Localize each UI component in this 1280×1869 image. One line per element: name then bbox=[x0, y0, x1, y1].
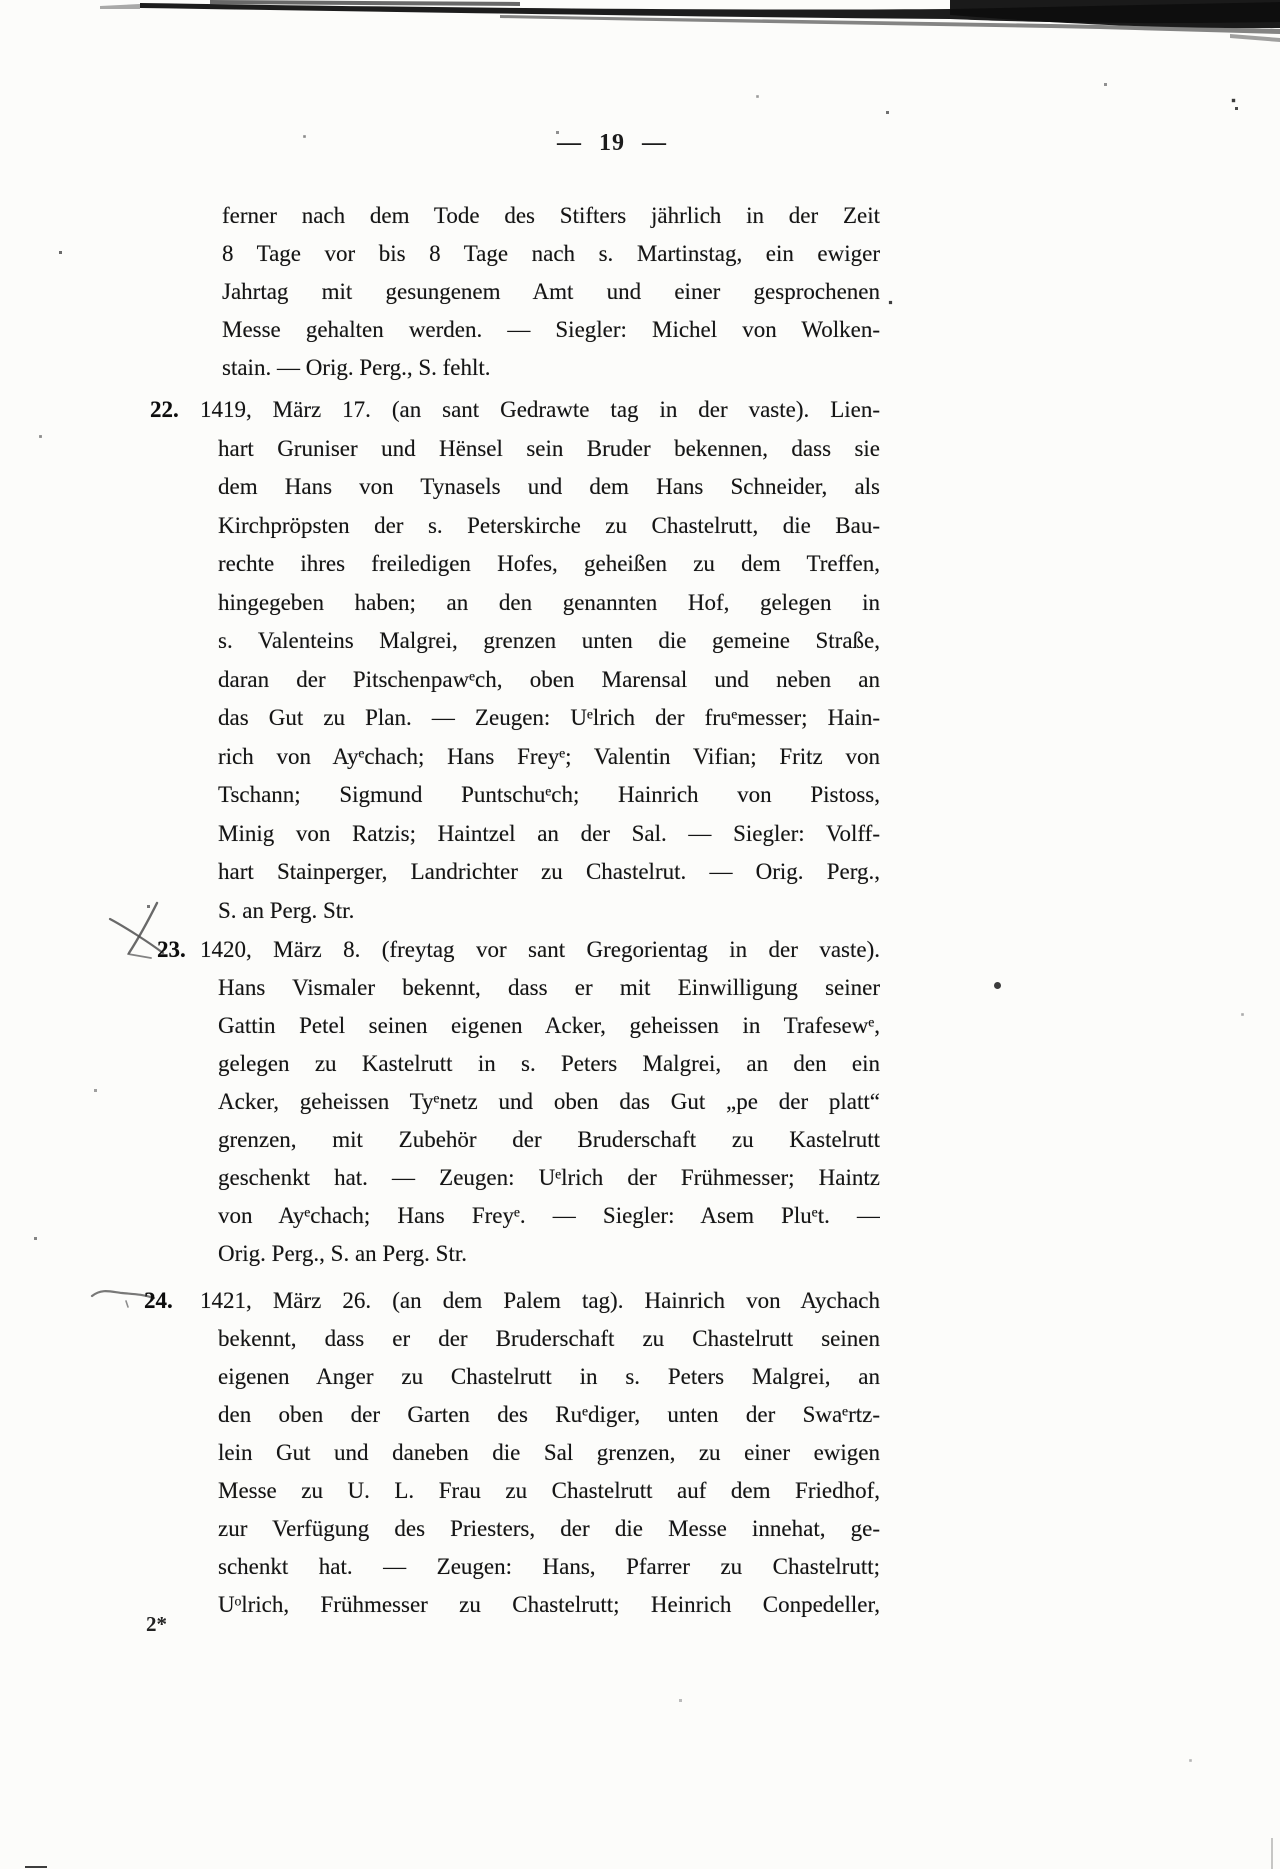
text-line: daran der Pitschenpawᵉch, oben Marensal … bbox=[218, 661, 880, 700]
scan-edge-band-drawing bbox=[0, 0, 1280, 60]
text-line: Uᵒlrich, Frühmesser zu Chastelrutt; Hein… bbox=[218, 1586, 880, 1624]
text-line: bekennt, dass er der Bruderschaft zu Cha… bbox=[218, 1320, 880, 1358]
text-line: 1420, März 8. (freytag vor sant Gregorie… bbox=[200, 931, 880, 969]
text-line: schenkt hat. — Zeugen: Hans, Pfarrer zu … bbox=[218, 1548, 880, 1586]
text-line: von Ayᵉchach; Hans Freyᵉ. — Siegler: Ase… bbox=[218, 1197, 880, 1235]
text-line: dem Hans von Tynasels und dem Hans Schne… bbox=[218, 468, 880, 507]
text-line: hart Gruniser und Hënsel sein Bruder bek… bbox=[218, 430, 880, 469]
page-number: — 19 — bbox=[472, 130, 752, 162]
sheet-signature-mark: 2* bbox=[146, 1612, 167, 1636]
text-line: s. Valenteins Malgrei, grenzen unten die… bbox=[218, 622, 880, 661]
scan-specks bbox=[0, 0, 1, 1]
text-line: stain. — Orig. Perg., S. fehlt. bbox=[222, 349, 880, 387]
scan-right-edge-line bbox=[1271, 1838, 1273, 1869]
text-line: geschenkt hat. — Zeugen: Uᵉlrich der Frü… bbox=[218, 1159, 880, 1197]
entry-number-22: 22. bbox=[150, 391, 179, 430]
text-line: rechte ihres freiledigen Hofes, geheißen… bbox=[218, 545, 880, 584]
text-line: das Gut zu Plan. — Zeugen: Uᵉlrich der f… bbox=[218, 699, 880, 738]
text-line: Acker, geheissen Tyᵉnetz und oben das Gu… bbox=[218, 1083, 880, 1121]
text-line: eigenen Anger zu Chastelrutt in s. Peter… bbox=[218, 1358, 880, 1396]
text-line: hart Stainperger, Landrichter zu Chastel… bbox=[218, 853, 880, 892]
entry-24: 1421, März 26. (an dem Palem tag). Hainr… bbox=[218, 1282, 880, 1624]
ink-dot bbox=[994, 982, 1001, 989]
entry-22: 1419, März 17. (an sant Gedrawte tag in … bbox=[218, 391, 880, 930]
text-line: Kirchpröpsten der s. Peterskirche zu Cha… bbox=[218, 507, 880, 546]
text-line: grenzen, mit Zubehör der Bruderschaft zu… bbox=[218, 1121, 880, 1159]
text-line: lein Gut und daneben die Sal grenzen, zu… bbox=[218, 1434, 880, 1472]
text-line: 1419, März 17. (an sant Gedrawte tag in … bbox=[200, 391, 880, 430]
text-line: Gattin Petel seinen eigenen Acker, gehei… bbox=[218, 1007, 880, 1045]
entry-23: 1420, März 8. (freytag vor sant Gregorie… bbox=[218, 931, 880, 1273]
scan-bottom-dash bbox=[25, 1866, 47, 1868]
text-line: Tschann; Sigmund Puntschuᵉch; Hainrich v… bbox=[218, 776, 880, 815]
text-line: S. an Perg. Str. bbox=[218, 892, 880, 931]
text-line: den oben der Garten des Ruᵉdiger, unten … bbox=[218, 1396, 880, 1434]
text-line: hingegeben haben; an den genannten Hof, … bbox=[218, 584, 880, 623]
text-line: Minig von Ratzis; Haintzel an der Sal. —… bbox=[218, 815, 880, 854]
text-line: 1421, März 26. (an dem Palem tag). Hainr… bbox=[200, 1282, 880, 1320]
entry-number-24: 24. bbox=[144, 1282, 173, 1321]
text-line: Jahrtag mit gesungenem Amt und einer ges… bbox=[222, 273, 880, 311]
text-line: Orig. Perg., S. an Perg. Str. bbox=[218, 1235, 880, 1273]
text-line: ferner nach dem Tode des Stifters jährli… bbox=[222, 197, 880, 235]
text-line: Messe gehalten werden. — Siegler: Michel… bbox=[222, 311, 880, 349]
text-line: Hans Vismaler bekennt, dass er mit Einwi… bbox=[218, 969, 880, 1007]
text-line: rich von Ayᵉchach; Hans Freyᵉ; Valentin … bbox=[218, 738, 880, 777]
scan-edge-band bbox=[0, 0, 1280, 60]
continuation-paragraph: ferner nach dem Tode des Stifters jährli… bbox=[222, 197, 880, 387]
scanned-book-page: { "page": { "number_display": "— 19 —", … bbox=[0, 0, 1280, 1869]
text-line: zur Verfügung des Priesters, der die Mes… bbox=[218, 1510, 880, 1548]
entry-number-23: 23. bbox=[157, 931, 186, 970]
text-line: 8 Tage vor bis 8 Tage nach s. Martinstag… bbox=[222, 235, 880, 273]
text-line: Messe zu U. L. Frau zu Chastelrutt auf d… bbox=[218, 1472, 880, 1510]
text-line: gelegen zu Kastelrutt in s. Peters Malgr… bbox=[218, 1045, 880, 1083]
